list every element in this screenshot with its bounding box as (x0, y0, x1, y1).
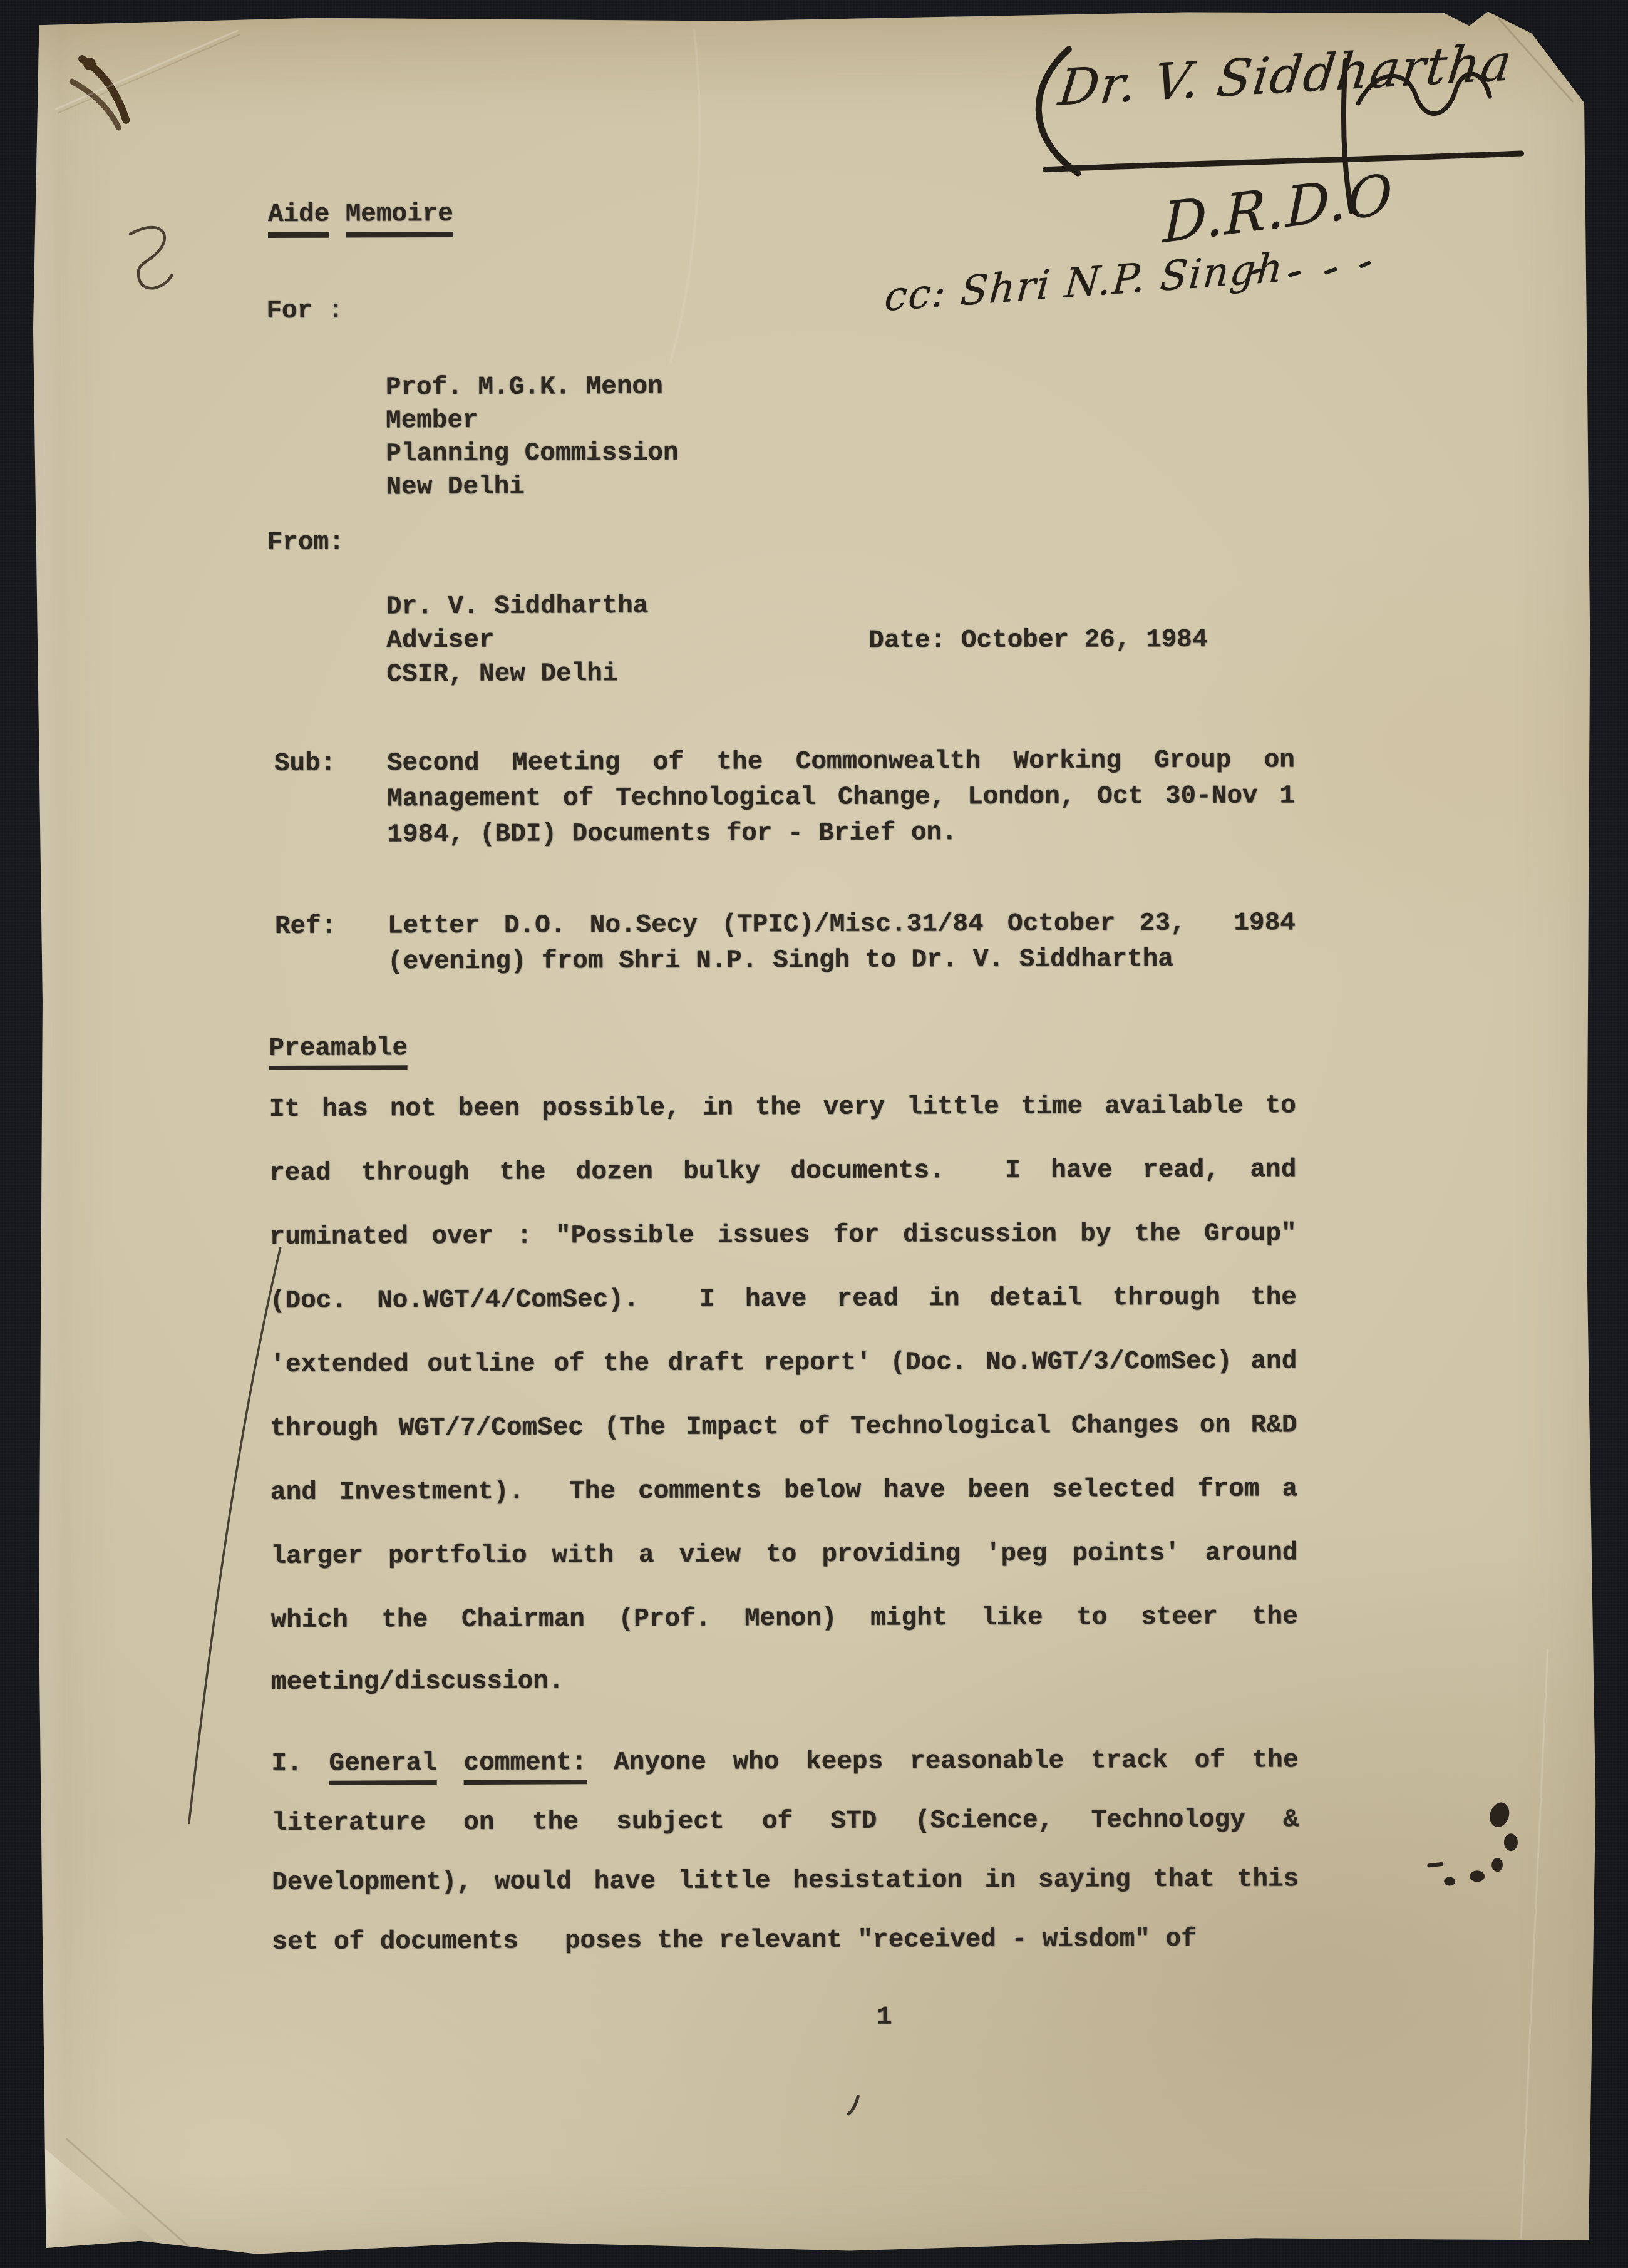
recipient-city: New Delhi (386, 472, 525, 503)
preamble-line: It has not been possible, in the very li… (269, 1091, 1296, 1125)
signature-underline-stroke (1046, 153, 1522, 170)
drdo-dot-stroke (1326, 269, 1335, 272)
subject-line: Second Meeting of the Commonwealth Worki… (387, 745, 1295, 778)
general-comment-line: Development), would have little hesistat… (272, 1864, 1299, 1898)
corner-ink-smudge (72, 58, 126, 128)
general-comment-numeral: I. (271, 1750, 302, 1778)
for-label: For : (266, 296, 343, 327)
preamble-line: (Doc. No.WGT/4/ComSec). I have read in d… (270, 1282, 1297, 1316)
paper-fold-corner (38, 2135, 173, 2257)
preamble-line: meeting/discussion. (271, 1666, 564, 1698)
preamble-line: through WGT/7/ComSec (The Impact of Tech… (270, 1410, 1297, 1444)
sender-name: Dr. V. Siddhartha (386, 591, 648, 622)
document-page: AideMemoire For : Prof. M.G.K. Menon Mem… (31, 9, 1599, 2257)
preamble-line: which the Chairman (Prof. Menon) might l… (271, 1602, 1298, 1636)
preamble-line: read through the dozen bulky documents. … (269, 1155, 1296, 1188)
recipient-name: Prof. M.G.K. Menon (386, 372, 663, 403)
pen-marks-overlay (31, 9, 1599, 2257)
preamble-heading-text: Preamable (269, 1034, 408, 1070)
reference-label: Ref: (275, 912, 337, 942)
sender-org: CSIR, New Delhi (386, 659, 617, 690)
handwritten-signature: Dr. V. Siddhartha (1056, 33, 1516, 117)
torn-corner-shading (1532, 18, 1591, 91)
from-label: From: (267, 528, 344, 559)
preamble-line: larger portfolio with a view to providin… (270, 1538, 1297, 1572)
drdo-dot-stroke (1361, 263, 1369, 266)
recipient-org: Planning Commission (386, 438, 679, 470)
date-line: Date: October 26, 1984 (868, 625, 1207, 656)
general-comment-heading-line: I. General comment: Anyone who keeps rea… (271, 1745, 1298, 1779)
subject-label: Sub: (274, 749, 336, 780)
pen-hairline-arc (187, 1248, 282, 1823)
page-title: AideMemoire (268, 199, 453, 230)
general-comment-word: General (329, 1749, 436, 1785)
general-comment-rest: Anyone who keeps reasonable track of the (587, 1746, 1298, 1777)
page-number: 1 (877, 2003, 892, 2033)
reference-line: (evening) from Shri N.P. Singh to Dr. V.… (388, 944, 1173, 977)
preamble-heading: Preamable (269, 1033, 408, 1064)
preamble-line: 'extended outline of the draft report' (… (270, 1346, 1297, 1380)
margin-flourish (130, 227, 172, 289)
general-comment-line: literature on the subject of STD (Scienc… (272, 1805, 1299, 1838)
preamble-line: and Investment). The comments below have… (270, 1474, 1297, 1508)
handwritten-cc-note: cc: Shri N.P. Singh (883, 245, 1285, 321)
stray-mark (848, 2096, 858, 2114)
title-word-aide: Aide (268, 200, 330, 238)
paper-creases (56, 19, 1580, 2247)
sender-role: Adviser (386, 626, 494, 656)
subject-line: Management of Technological Change, Lond… (387, 781, 1295, 814)
scan-background: AideMemoire For : Prof. M.G.K. Menon Mem… (0, 0, 1628, 2268)
title-word-memoire: Memoire (346, 200, 453, 238)
subject-line: 1984, (BDI) Documents for - Brief on. (387, 818, 957, 850)
general-comment-word: comment: (463, 1748, 587, 1785)
drdo-dot-stroke (1290, 272, 1299, 275)
preamble-line: ruminated over : "Possible issues for di… (269, 1219, 1296, 1252)
general-comment-line: set of documents poses the relevant "rec… (272, 1924, 1196, 1958)
ink-blot (1427, 1800, 1518, 1885)
handwritten-org-note: D.R.D.O (1163, 162, 1394, 256)
reference-line: Letter D.O. No.Secy (TPIC)/Misc.31/84 Oc… (388, 908, 1296, 941)
recipient-role: Member (386, 406, 478, 436)
